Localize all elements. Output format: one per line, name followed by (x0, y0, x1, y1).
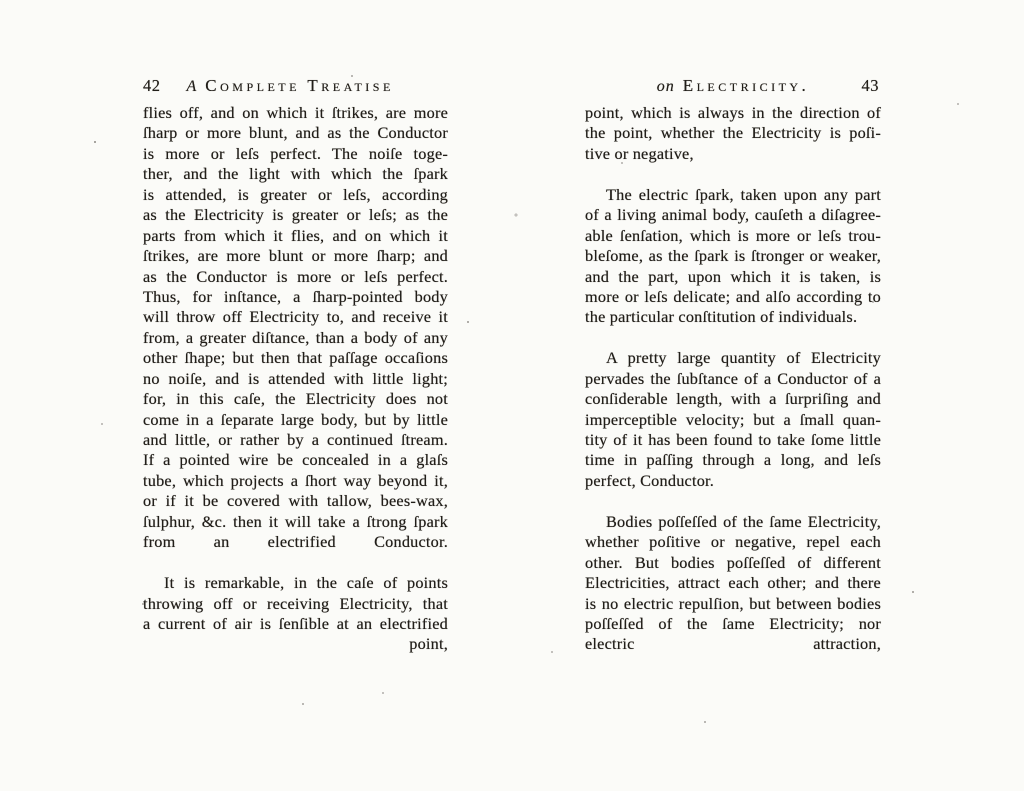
right-running-head: onElectricity. 43 (585, 76, 881, 102)
text-line: from an electrified Conductor. (143, 532, 448, 552)
text-line: point, which is always in the direction … (585, 103, 881, 123)
text-line: is no electric repulſion, but between bo… (585, 594, 881, 614)
left-page-text: flies off, and on which it ſtrikes, are … (143, 103, 448, 655)
text-line: Electricities, attract each other; and t… (585, 573, 881, 593)
text-line: other ſhape; but then that paſſage occaſ… (143, 348, 448, 368)
catchword-line: point, (143, 634, 448, 654)
text-line: imperceptible velocity; but a ſmall quan… (585, 410, 881, 430)
left-running-head: 42 AComplete Treatise (143, 76, 448, 102)
text-line: come in a ſeparate large body, but by li… (143, 410, 448, 430)
paragraph: A pretty large quantity of Electricitype… (585, 348, 881, 491)
text-line: tube, which projects a ſhort way beyond … (143, 471, 448, 491)
paragraph: flies off, and on which it ſtrikes, are … (143, 103, 448, 553)
text-line: poſſeſſed of the ſame Electricity; nor e… (585, 614, 881, 634)
text-line: time in paſſing through a long, and leſs (585, 450, 881, 470)
text-line: of a living animal body, cauſeth a diſag… (585, 205, 881, 225)
text-line: ſtrikes, are more blunt or more ſharp; a… (143, 246, 448, 266)
text-line: no noiſe, and is attended with little li… (143, 369, 448, 389)
text-line: from, a greater diſtance, than a body of… (143, 328, 448, 348)
text-line: other. But bodies poſſeſſed of different (585, 553, 881, 573)
paragraph: It is remarkable, in the caſe of pointst… (143, 573, 448, 634)
text-line: conſiderable length, with a ſurpriſing a… (585, 389, 881, 409)
text-line: flies off, and on which it ſtrikes, are … (143, 103, 448, 123)
text-line: throwing off or receiving Electricity, t… (143, 594, 448, 614)
text-line: able ſenſation, which is more or leſs tr… (585, 226, 881, 246)
text-line: whether poſitive or negative, repel each (585, 532, 881, 552)
text-line: If a pointed wire be concealed in a glaſ… (143, 450, 448, 470)
text-line: Thus, for inſtance, a ſharp-pointed body (143, 287, 448, 307)
text-line: The electric ſpark, taken upon any part (585, 185, 881, 205)
paragraph: The electric ſpark, taken upon any parto… (585, 185, 881, 328)
text-line: the point, whether the Electricity is po… (585, 123, 881, 143)
text-line: is attended, is greater or leſs, accordi… (143, 185, 448, 205)
text-line: more or leſs delicate; and alſo accordin… (585, 287, 881, 307)
right-page-text: point, which is always in the direction … (585, 103, 881, 655)
left-header-prefix: A (187, 78, 198, 95)
paragraph: Bodies poſſeſſed of the ſame Electricity… (585, 512, 881, 635)
text-line: It is remarkable, in the caſe of points (143, 573, 448, 593)
text-line: pervades the ſubſtance of a Conductor of… (585, 369, 881, 389)
text-line: ſharp or more blunt, and as the Conducto… (143, 123, 448, 143)
book-scan-background: { "left_page": { "page_number": "42", "h… (0, 0, 1024, 791)
catchword: point, (143, 634, 448, 654)
text-line: as the Conductor is more or leſs perfect… (143, 267, 448, 287)
text-line: and little, or rather by a continued ſtr… (143, 430, 448, 450)
text-line: A pretty large quantity of Electricity (585, 348, 881, 368)
right-header-prefix: on (657, 78, 675, 95)
right-page-number: 43 (862, 76, 880, 96)
text-line: Bodies poſſeſſed of the ſame Electricity… (585, 512, 881, 532)
left-page-number: 42 (143, 76, 161, 96)
text-line: ther, and the light with which the ſpark (143, 164, 448, 184)
text-line: the particular conſtitution of individua… (585, 307, 881, 327)
text-line: ſulphur, &c. then it will take a ſtrong … (143, 512, 448, 532)
text-line: and the part, upon which it is taken, is (585, 267, 881, 287)
text-line: will throw off Electricity to, and recei… (143, 307, 448, 327)
text-line: as the Electricity is greater or leſs; a… (143, 205, 448, 225)
text-line: tive or negative, (585, 144, 881, 164)
text-line: is more or leſs perfect. The noiſe toge- (143, 144, 448, 164)
right-header-text: Electricity. (683, 76, 810, 95)
text-line: parts from which it flies, and on which … (143, 226, 448, 246)
left-header-text: Complete Treatise (205, 76, 394, 95)
right-page: onElectricity. 43 point, which is always… (585, 76, 881, 655)
left-page: 42 AComplete Treatise flies off, and on … (143, 76, 448, 655)
text-line: for, in this caſe, the Electricity does … (143, 389, 448, 409)
text-line: tity of it has been found to take ſome l… (585, 430, 881, 450)
right-header-title: onElectricity. (657, 76, 810, 96)
left-header-title: AComplete Treatise (187, 76, 394, 96)
text-line: perfect, Conductor. (585, 471, 881, 491)
text-line: or if it be covered with tallow, bees-wa… (143, 491, 448, 511)
text-line: bleſome, as the ſpark is ſtronger or wea… (585, 246, 881, 266)
text-line: a current of air is ſenſible at an elect… (143, 614, 448, 634)
paragraph: point, which is always in the direction … (585, 103, 881, 164)
